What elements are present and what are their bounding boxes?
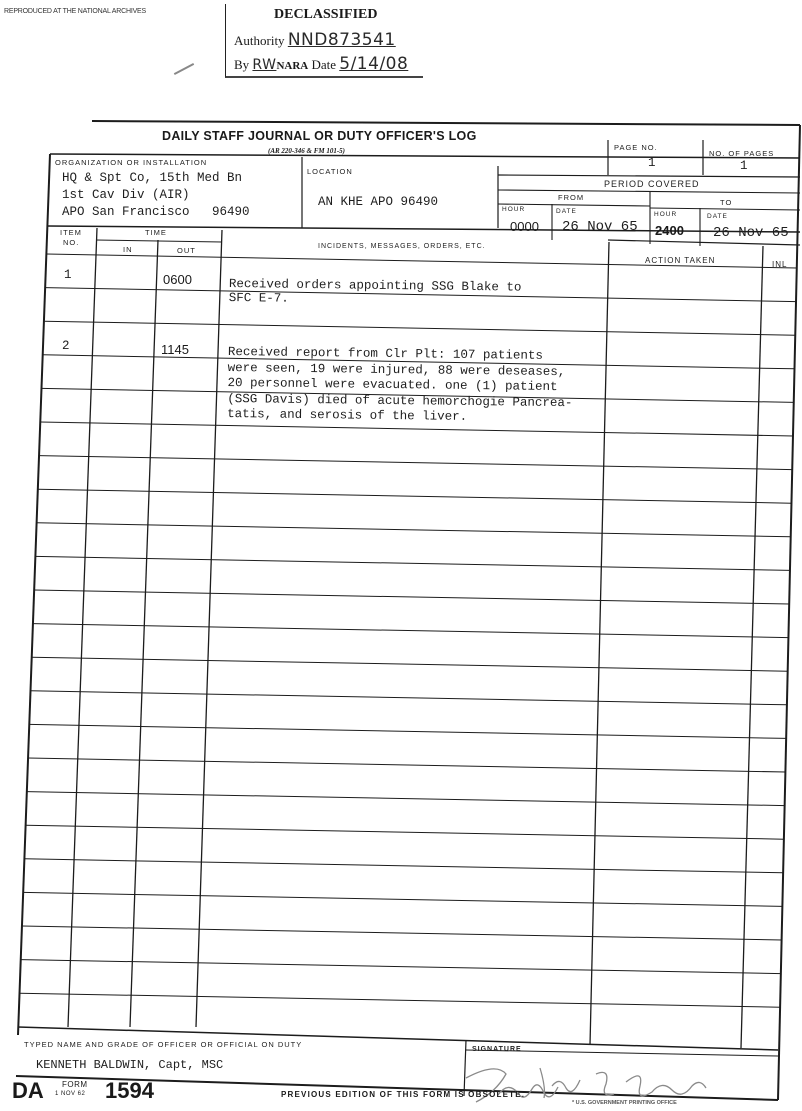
from-hour-label: HOUR [502,206,525,213]
form-prefix: DA [12,1078,44,1104]
org-line-2: 1st Cav Div (AIR) [62,187,250,204]
entry-2-item: 2 [62,339,70,353]
org-label: ORGANIZATION OR INSTALLATION [55,158,207,167]
col-inl-label: INL [772,260,787,269]
to-label: TO [720,198,732,207]
page-no-value: 1 [648,156,656,170]
form-word: FORM [62,1080,88,1089]
previous-edition-note: PREVIOUS EDITION OF THIS FORM IS OBSOLET… [281,1090,525,1099]
to-date-label: DATE [707,213,728,220]
from-date-value: 26 Nov 65 [562,219,638,235]
to-date-value: 26 Nov 65 [713,225,789,241]
entry-2-text: Received report from Clr Plt: 107 patien… [227,345,573,427]
period-label: PERIOD COVERED [604,179,700,189]
location-label: LOCATION [307,167,353,176]
entry-2-time-out: 1145 [161,342,189,357]
from-date-label: DATE [556,208,577,215]
form-subtitle: (AR 220-346 & FM 101-5) [268,147,345,155]
gpo-note: * U.S. GOVERNMENT PRINTING OFFICE [572,1100,677,1106]
col-incidents-label: INCIDENTS, MESSAGES, ORDERS, ETC. [318,243,486,250]
entry-1-item: 1 [64,268,72,282]
entry-1-text: Received orders appointing SSG Blake to … [229,277,522,309]
col-in-label: IN [123,245,133,254]
org-line-1: HQ & Spt Co, 15th Med Bn [62,170,250,187]
no-pages-label: NO. OF PAGES [709,149,774,158]
from-hour-value: 0000 [510,219,539,234]
form-date: 1 NOV 62 [55,1091,85,1097]
col-out-label: OUT [177,246,196,255]
col-action-label: ACTION TAKEN [645,256,715,265]
no-pages-value: 1 [740,159,748,173]
org-line-3: APO San Francisco 96490 [62,204,250,221]
org-value: HQ & Spt Co, 15th Med Bn 1st Cav Div (AI… [62,170,250,221]
officer-label: TYPED NAME AND GRADE OF OFFICER OR OFFIC… [24,1040,302,1049]
signature-label: SIGNATURE [472,1046,522,1053]
location-value: AN KHE APO 96490 [318,195,438,209]
from-label: FROM [558,193,584,202]
col-no-label: NO. [63,238,79,247]
form-number: 1594 [105,1078,154,1104]
col-item-label: ITEM [60,228,82,237]
to-hour-value: 2400 [655,223,684,238]
to-hour-label: HOUR [654,211,677,218]
officer-name: KENNETH BALDWIN, Capt, MSC [36,1058,223,1072]
col-time-label: TIME [145,228,167,237]
form-title: DAILY STAFF JOURNAL OR DUTY OFFICER'S LO… [162,129,477,143]
page-no-label: PAGE NO. [614,143,658,152]
entry-1-time-out: 0600 [163,272,192,287]
